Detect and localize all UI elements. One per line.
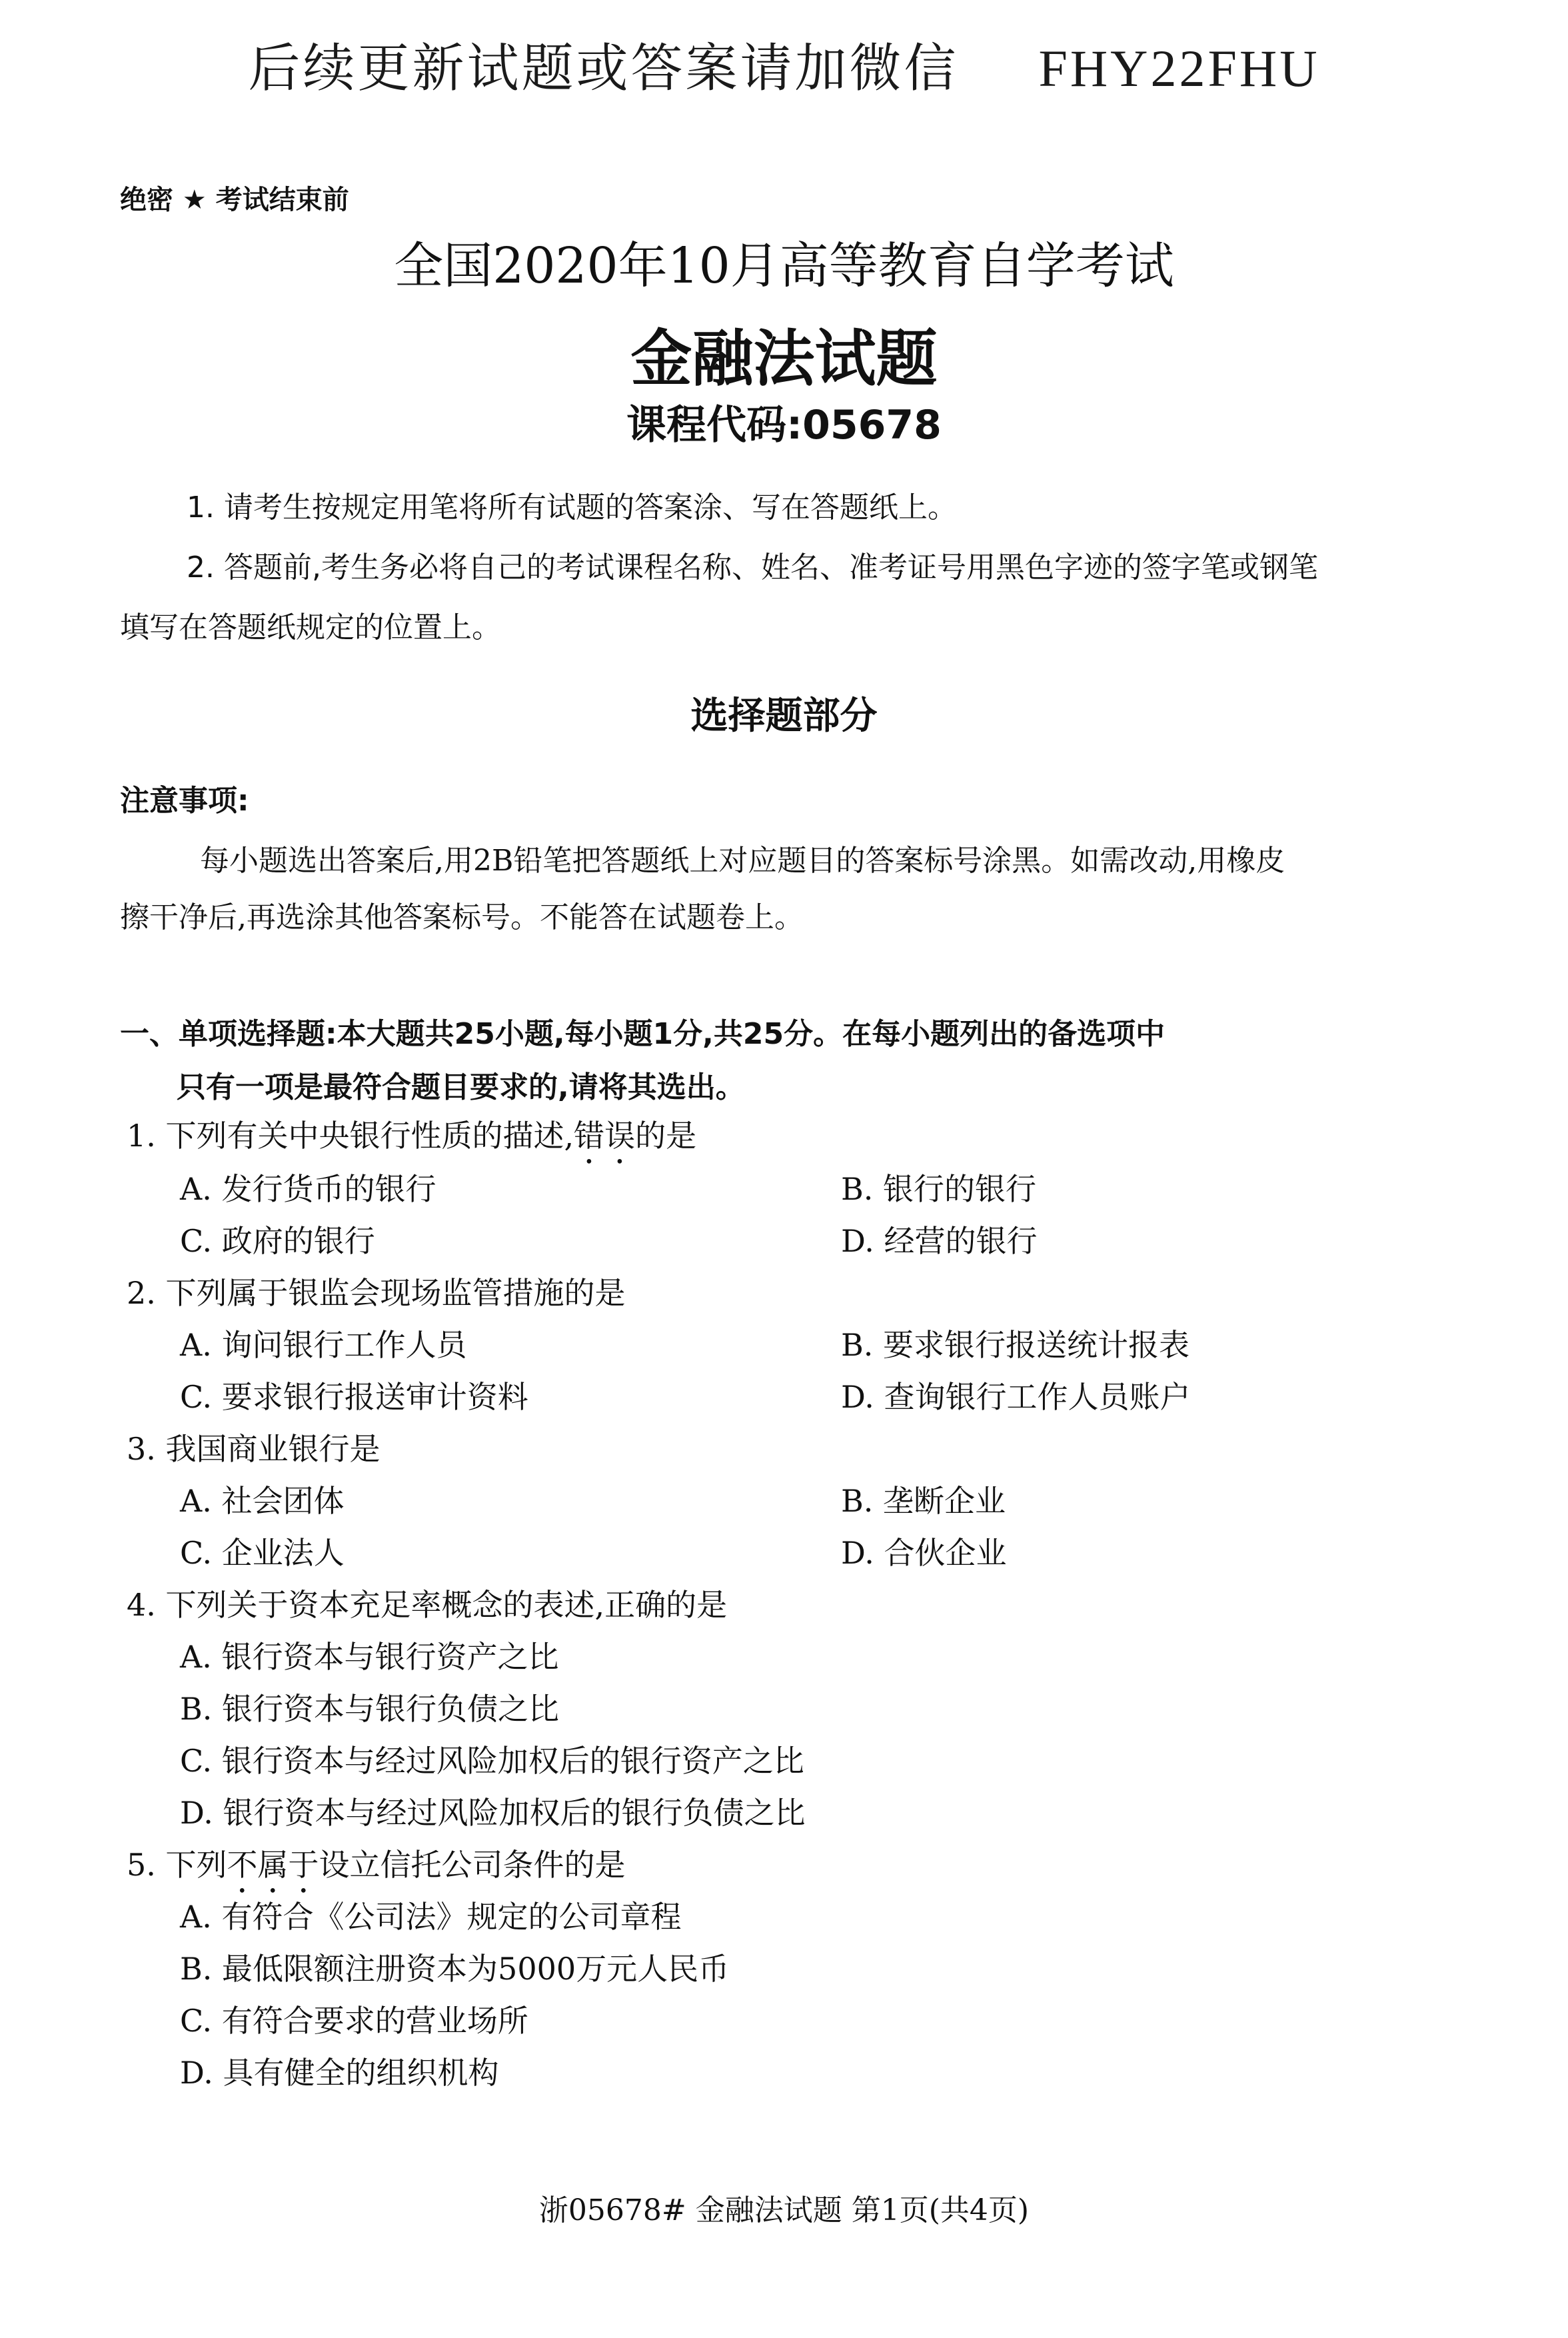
- page-footer: 浙05678# 金融法试题 第1页(共4页): [0, 2186, 1568, 2229]
- option-3d: D. 合伙企业: [841, 1529, 1007, 1573]
- option-5b: B. 最低限额注册资本为5000万元人民币: [180, 1945, 729, 1989]
- question-1-stem: 1. 下列有关中央银行性质的描述,错误的是: [127, 1112, 696, 1171]
- question-3-stem: 3. 我国商业银行是: [127, 1425, 381, 1469]
- option-5a: A. 有符合《公司法》规定的公司章程: [180, 1893, 681, 1937]
- instruction-2: 2. 答题前,考生务必将自己的考试课程名称、姓名、准考证号用黑色字迹的签字笔或钢…: [187, 543, 1318, 586]
- note-line-1: 每小题选出答案后,用2B铅笔把答题纸上对应题目的答案标号涂黑。如需改动,用橡皮: [200, 836, 1285, 879]
- section-title: 选择题部分: [0, 686, 1568, 740]
- instruction-1: 1. 请考生按规定用笔将所有试题的答案涂、写在答题纸上。: [187, 483, 957, 526]
- option-2a: A. 询问银行工作人员: [180, 1321, 466, 1365]
- option-4c: C. 银行资本与经过风险加权后的银行资产之比: [180, 1737, 804, 1781]
- option-2b: B. 要求银行报送统计报表: [841, 1321, 1189, 1365]
- instruction-2-cont: 填写在答题纸规定的位置上。: [120, 603, 501, 646]
- question-4-stem: 4. 下列关于资本充足率概念的表述,正确的是: [127, 1581, 727, 1625]
- option-4d: D. 银行资本与经过风险加权后的银行负债之比: [180, 1789, 806, 1833]
- option-3c: C. 企业法人: [180, 1529, 345, 1573]
- watermark-text: 后续更新试题或答案请加微信: [248, 39, 958, 99]
- option-3b: B. 垄断企业: [841, 1477, 1006, 1521]
- subject-title: 金融法试题: [0, 310, 1568, 398]
- part-heading-1: 一、单项选择题:本大题共25小题,每小题1分,共25分。在每小题列出的备选项中: [120, 1010, 1165, 1052]
- option-1c: C. 政府的银行: [180, 1217, 375, 1261]
- note-line-2: 擦干净后,再选涂其他答案标号。不能答在试题卷上。: [120, 893, 804, 936]
- exam-title: 全国2020年10月高等教育自学考试: [0, 227, 1568, 297]
- course-code: 课程代码:05678: [0, 393, 1568, 451]
- watermark-banner: 后续更新试题或答案请加微信FHY22FHU: [0, 27, 1568, 101]
- notes-label: 注意事项:: [120, 776, 249, 819]
- option-2d: D. 查询银行工作人员账户: [841, 1373, 1191, 1417]
- emphasis-text: 错误: [574, 1118, 635, 1154]
- part-heading-2: 只有一项是最符合题目要求的,请将其选出。: [177, 1063, 745, 1106]
- option-4a: A. 银行资本与银行资产之比: [180, 1633, 558, 1677]
- option-4b: B. 银行资本与银行负债之比: [180, 1685, 559, 1729]
- emphasis-text: 不属于: [227, 1847, 319, 1883]
- watermark-code: FHY22FHU: [1038, 39, 1319, 97]
- option-1a: A. 发行货币的银行: [180, 1165, 436, 1209]
- option-5c: C. 有符合要求的营业场所: [180, 1997, 528, 2041]
- question-2-stem: 2. 下列属于银监会现场监管措施的是: [127, 1269, 626, 1313]
- option-5d: D. 具有健全的组织机构: [180, 2049, 499, 2093]
- option-3a: A. 社会团体: [180, 1477, 344, 1521]
- confidential-label: 绝密 ★ 考试结束前: [120, 179, 349, 217]
- option-2c: C. 要求银行报送审计资料: [180, 1373, 528, 1417]
- option-1b: B. 银行的银行: [841, 1165, 1036, 1209]
- option-1d: D. 经营的银行: [841, 1217, 1038, 1261]
- question-5-stem: 5. 下列不属于设立信托公司条件的是: [127, 1841, 626, 1900]
